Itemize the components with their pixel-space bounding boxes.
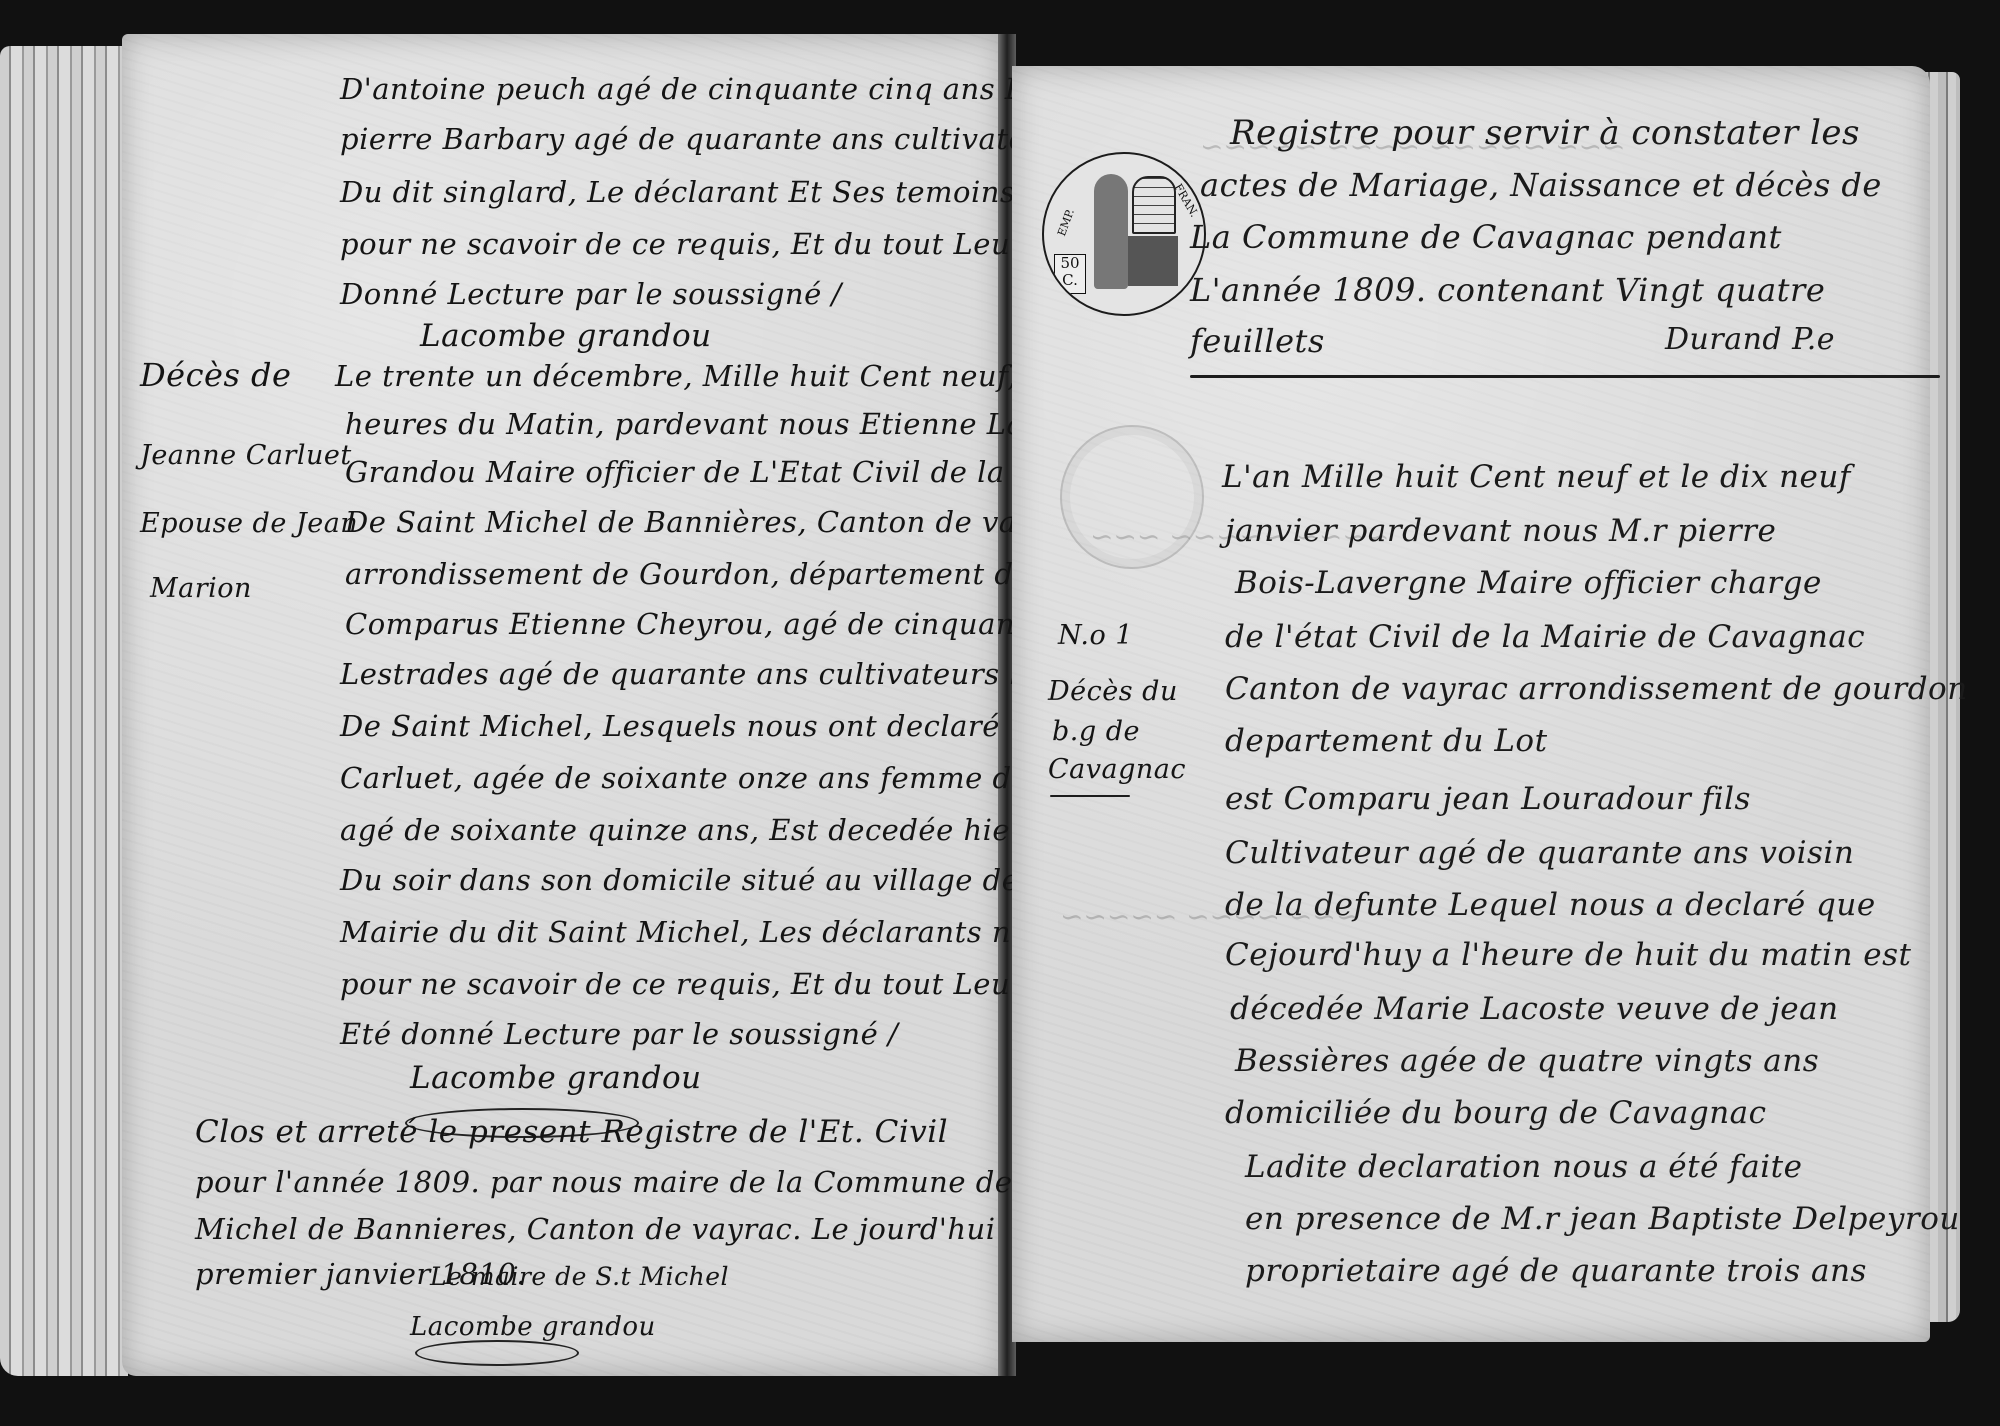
header-line-2: actes de Mariage, Naissance et décès de <box>1200 170 1882 201</box>
margin-underline <box>1050 795 1130 797</box>
left-line-5: Donné Lecture par le soussigné / <box>340 280 842 309</box>
stamp-figure-icon <box>1094 174 1128 289</box>
entry-line-13: pour ne scavoir de ce requis, Et du tout… <box>340 970 1052 999</box>
left-page-stack-edges <box>0 46 128 1376</box>
right-entry-line-10: Cejourd'huy a l'heure de huit du matin e… <box>1225 940 1912 971</box>
entry-line-2: heures du Matin, pardevant nous Etienne … <box>345 410 1124 439</box>
margin-name-3: Marion <box>150 575 252 602</box>
right-entry-line-11: décedée Marie Lacoste veuve de jean <box>1230 994 1839 1025</box>
stamp-altar-icon <box>1128 236 1178 286</box>
closing-line-2: pour l'année 1809. par nous maire de la … <box>195 1168 1063 1197</box>
closing-line-1: Clos et arreté le present Registre de l'… <box>195 1118 948 1147</box>
right-entry-line-3: Bois-Lavergne Maire officier charge <box>1235 568 1822 599</box>
header-underline <box>1190 375 1940 378</box>
right-entry-line-6: departement du Lot <box>1225 726 1548 757</box>
margin-title-deces: Décès de <box>140 362 291 389</box>
closing-mayor-title: Le maire de S.t Michel <box>430 1262 729 1291</box>
signature-flourish-3 <box>415 1340 579 1366</box>
right-entry-line-14: Ladite declaration nous a été faite <box>1245 1152 1802 1183</box>
header-line-3: La Commune de Cavagnac pendant <box>1190 222 1782 253</box>
right-entry-line-13: domiciliée du bourg de Cavagnac <box>1225 1098 1767 1129</box>
right-entry-line-2: janvier pardevant nous M.r pierre <box>1225 516 1776 547</box>
closing-line-3: Michel de Bannieres, Canton de vayrac. L… <box>195 1215 996 1244</box>
stamp-value: 50C. <box>1054 254 1086 294</box>
margin-name-1: Jeanne Carluet <box>140 442 352 469</box>
margin-note-3: b.g de <box>1052 718 1140 745</box>
header-line-4: L'année 1809. contenant Vingt quatre <box>1190 275 1825 306</box>
left-line-1: D'antoine peuch agé de cinquante cinq an… <box>340 75 1039 104</box>
margin-note-1: N.o 1 <box>1058 622 1133 649</box>
margin-note-4: Cavagnac <box>1048 756 1186 783</box>
signature-mayor-3: Lacombe grandou <box>410 1312 656 1342</box>
entry-line-3: Grandou Maire officier de L'Etat Civil d… <box>345 458 1114 487</box>
entry-line-4: De Saint Michel de Bannières, Canton de … <box>345 508 1092 537</box>
right-entry-line-4: de l'état Civil de la Mairie de Cavagnac <box>1225 622 1865 653</box>
margin-note-2: Décès du <box>1048 678 1178 705</box>
header-line-1: Registre pour servir à constater les <box>1230 118 1860 149</box>
stamp-tablets-icon <box>1132 176 1176 234</box>
right-entry-line-8: Cultivateur agé de quarante ans voisin <box>1225 838 1854 869</box>
embossed-seal <box>1060 425 1204 569</box>
stamp-text-left: EMP. <box>1055 207 1077 238</box>
right-entry-line-12: Bessières agée de quatre vingts ans <box>1235 1046 1819 1077</box>
header-signature: Durand P.e <box>1665 324 1835 355</box>
header-line-5: feuillets <box>1190 326 1325 357</box>
entry-line-1: Le trente un décembre, Mille huit Cent n… <box>335 362 1121 391</box>
tax-stamp: EMP. FRAN. 50C. <box>1042 152 1206 316</box>
right-entry-line-5: Canton de vayrac arrondissement de gourd… <box>1225 674 1968 705</box>
right-entry-line-16: proprietaire agé de quarante trois ans <box>1245 1256 1867 1287</box>
signature-mayor-1: Lacombe grandou <box>420 318 712 354</box>
left-line-4: pour ne scavoir de ce requis, Et du tout… <box>340 230 1109 259</box>
right-entry-line-7: est Comparu jean Louradour fils <box>1225 784 1751 815</box>
margin-name-2: Epouse de Jean <box>140 510 358 537</box>
entry-line-14: Eté donné Lecture par le soussigné / <box>340 1020 898 1049</box>
right-entry-line-15: en presence de M.r jean Baptiste Delpeyr… <box>1245 1204 1960 1235</box>
right-entry-line-1: L'an Mille huit Cent neuf et le dix neuf <box>1222 462 1851 493</box>
right-entry-line-9: de la defunte Lequel nous a declaré que <box>1225 890 1876 921</box>
signature-mayor-2: Lacombe grandou <box>410 1060 702 1096</box>
